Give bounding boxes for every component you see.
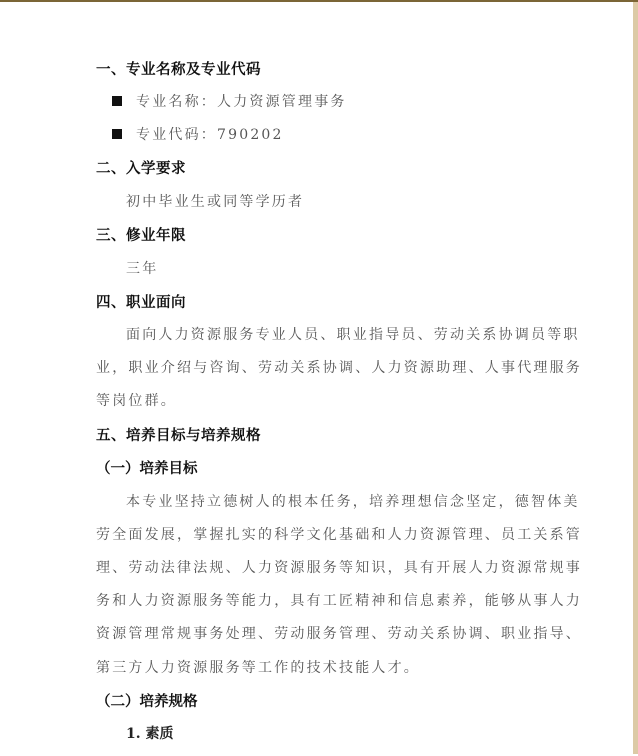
major-code-text: 专业代码：790202 xyxy=(136,127,284,143)
section-heading-major-code: 一、专业名称及专业代码 xyxy=(96,58,261,79)
major-name-text: 专业名称：人力资源管理事务 xyxy=(136,94,347,110)
goal-line-4: 务和人力资源服务等能力，具有工匠精神和信息素养，能够从事人力 xyxy=(96,590,582,610)
list-item-major-name: 专业名称：人力资源管理事务 xyxy=(112,91,347,111)
square-bullet-icon xyxy=(112,129,122,139)
page-side-strip xyxy=(633,2,638,754)
list-item-major-code: 专业代码：790202 xyxy=(112,124,284,144)
document-page: 一、专业名称及专业代码 专业名称：人力资源管理事务 专业代码：790202 二、… xyxy=(0,2,633,756)
career-line-2: 业，职业介绍与咨询、劳动关系协调、人力资源助理、人事代理服务 xyxy=(96,357,582,377)
subsection-heading-goal: （一）培养目标 xyxy=(96,457,198,478)
admission-text: 初中毕业生或同等学历者 xyxy=(126,191,304,211)
goal-line-2: 劳全面发展，掌握扎实的科学文化基础和人力资源管理、员工关系管 xyxy=(96,524,582,544)
section-heading-duration: 三、修业年限 xyxy=(96,224,186,245)
duration-text: 三年 xyxy=(126,258,158,278)
section-heading-admission: 二、入学要求 xyxy=(96,157,186,178)
goal-line-6: 第三方人力资源服务等工作的技术技能人才。 xyxy=(96,657,420,677)
career-line-1: 面向人力资源服务专业人员、职业指导员、劳动关系协调员等职 xyxy=(126,324,580,344)
goal-line-1: 本专业坚持立德树人的根本任务，培养理想信念坚定，德智体美 xyxy=(126,491,580,511)
goal-line-5: 资源管理常规事务处理、劳动服务管理、劳动关系协调、职业指导、 xyxy=(96,623,582,643)
section-heading-career: 四、职业面向 xyxy=(96,291,186,312)
subsection-heading-spec: （二）培养规格 xyxy=(96,690,198,711)
section-heading-training: 五、培养目标与培养规格 xyxy=(96,424,261,445)
square-bullet-icon xyxy=(112,96,122,106)
goal-line-3: 理、劳动法律法规、人力资源服务等知识，具有开展人力资源常规事 xyxy=(96,557,582,577)
career-line-3: 等岗位群。 xyxy=(96,390,177,410)
numbered-item-quality: 1. 素质 xyxy=(126,723,174,743)
